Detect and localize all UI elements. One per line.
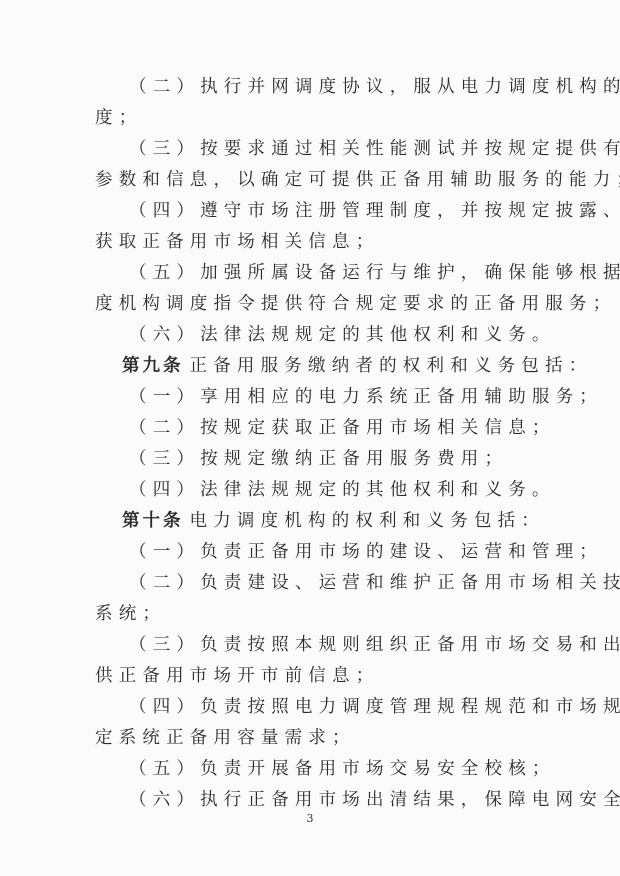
text-line: 定系统正备用容量需求； [95,723,535,753]
article-text: 电力调度机构的权利和义务包括： [190,511,546,531]
text-line: （四）遵守市场注册管理制度，并按规定披露、提供、 [129,196,569,226]
text-line: （五）加强所属设备运行与维护，确保能够根据电力调 [129,258,569,288]
text-line: （二）按规定获取正备用市场相关信息； [129,413,569,443]
text-line: 获取正备用市场相关信息； [95,227,535,257]
article-number: 第十条 [122,511,184,531]
text-line: 系统； [95,599,535,629]
text-line: （四）法律法规规定的其他权利和义务。 [129,475,569,505]
text-line: 供正备用市场开市前信息； [95,661,535,691]
text-line: （三）按规定缴纳正备用服务费用； [129,444,569,474]
page-number: 3 [0,812,620,825]
text-line: 度； [95,103,535,133]
text-line: （一）负责正备用市场的建设、运营和管理； [129,537,569,567]
text-line: （六）法律法规规定的其他权利和义务。 [129,320,569,350]
text-line: （三）按要求通过相关性能测试并按规定提供有关技术 [129,134,569,164]
text-line: （六）执行正备用市场出清结果，保障电网安全稳定运 [129,785,569,815]
text-line: （四）负责按照电力调度管理规程规范和市场规则等确 [129,692,569,722]
article-text: 正备用服务缴纳者的权利和义务包括： [190,356,593,376]
text-line: （二）负责建设、运营和维护正备用市场相关技术支持 [129,568,569,598]
text-line: （二）执行并网调度协议，服从电力调度机构的统一调 [129,72,569,102]
document-page: （二）执行并网调度协议，服从电力调度机构的统一调 度； （三）按要求通过相关性能… [0,0,620,876]
text-line: （三）负责按照本规则组织正备用市场交易和出清，提 [129,630,569,660]
text-line: 参数和信息，以确定可提供正备用辅助服务的能力； [95,165,535,195]
article-number: 第九条 [122,356,184,376]
text-line: （五）负责开展备用市场交易安全校核； [129,754,569,784]
article-heading: 第九条正备用服务缴纳者的权利和义务包括： [122,351,562,381]
text-line: （一）享用相应的电力系统正备用辅助服务； [129,382,569,412]
text-line: 度机构调度指令提供符合规定要求的正备用服务； [95,289,535,319]
article-heading: 第十条电力调度机构的权利和义务包括： [122,506,562,536]
